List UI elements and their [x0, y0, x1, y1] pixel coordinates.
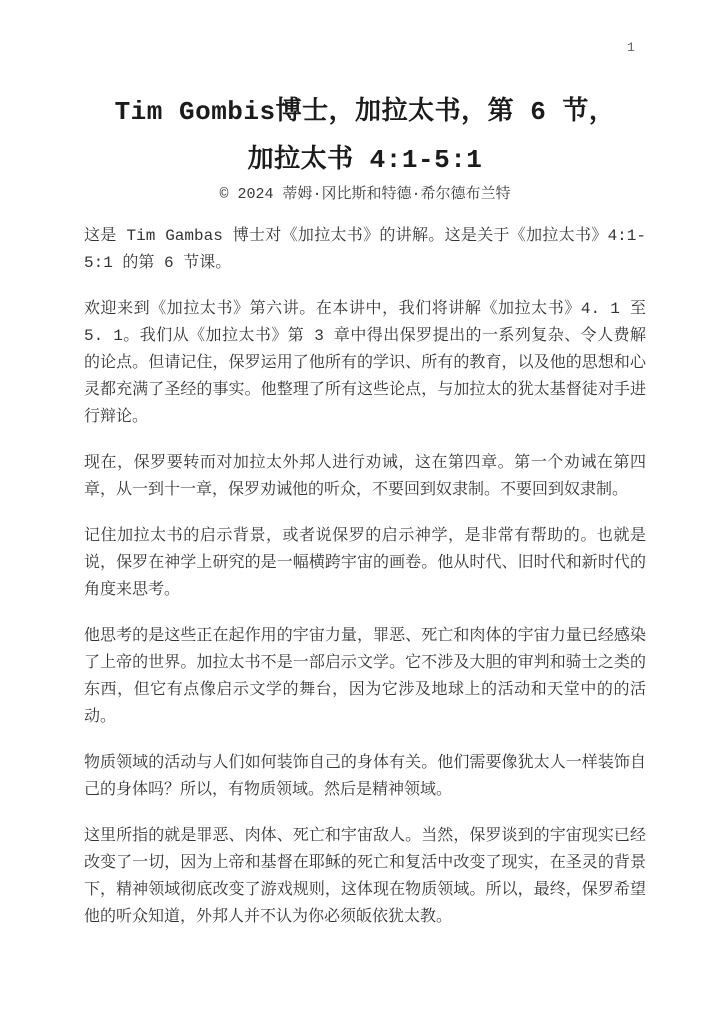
paragraph-7: 这里所指的就是罪恶、肉体、死亡和宇宙敌人。当然，保罗谈到的宇宙现实已经改变了一切… — [84, 823, 646, 931]
copyright-line: © 2024 蒂姆·冈比斯和特德·希尔德布兰特 — [84, 185, 646, 205]
page-content: Tim Gombis博士，加拉太书，第 6 节， 加拉太书 4:1-5:1 © … — [84, 0, 646, 950]
paragraph-4: 记住加拉太书的启示背景，或者说保罗的启示神学，是非常有帮助的。也就是说，保罗在神… — [84, 523, 646, 604]
document-title: Tim Gombis博士，加拉太书，第 6 节， 加拉太书 4:1-5:1 — [84, 88, 646, 184]
title-line-2: 加拉太书 4:1-5:1 — [84, 136, 646, 184]
paragraph-2: 欢迎来到《加拉太书》第六讲。在本讲中，我们将讲解《加拉太书》4. 1 至 5. … — [84, 296, 646, 431]
document-page: 1 Tim Gombis博士，加拉太书，第 6 节， 加拉太书 4:1-5:1 … — [0, 0, 724, 1024]
paragraph-6: 物质领域的活动与人们如何装饰自己的身体有关。他们需要像犹太人一样装饰自己的身体吗… — [84, 750, 646, 804]
paragraph-3: 现在，保罗要转而对加拉太外邦人进行劝诫，这在第四章。第一个劝诫在第四章，从一到十… — [84, 450, 646, 504]
title-line-1: Tim Gombis博士，加拉太书，第 6 节， — [84, 88, 646, 136]
document-header: Tim Gombis博士，加拉太书，第 6 节， 加拉太书 4:1-5:1 © … — [84, 88, 646, 205]
document-body: 这是 Tim Gambas 博士对《加拉太书》的讲解。这是关于《加拉太书》4:1… — [84, 223, 646, 931]
paragraph-5: 他思考的是这些正在起作用的宇宙力量，罪恶、死亡和肉体的宇宙力量已经感染了上帝的世… — [84, 623, 646, 731]
paragraph-1: 这是 Tim Gambas 博士对《加拉太书》的讲解。这是关于《加拉太书》4:1… — [84, 223, 646, 277]
